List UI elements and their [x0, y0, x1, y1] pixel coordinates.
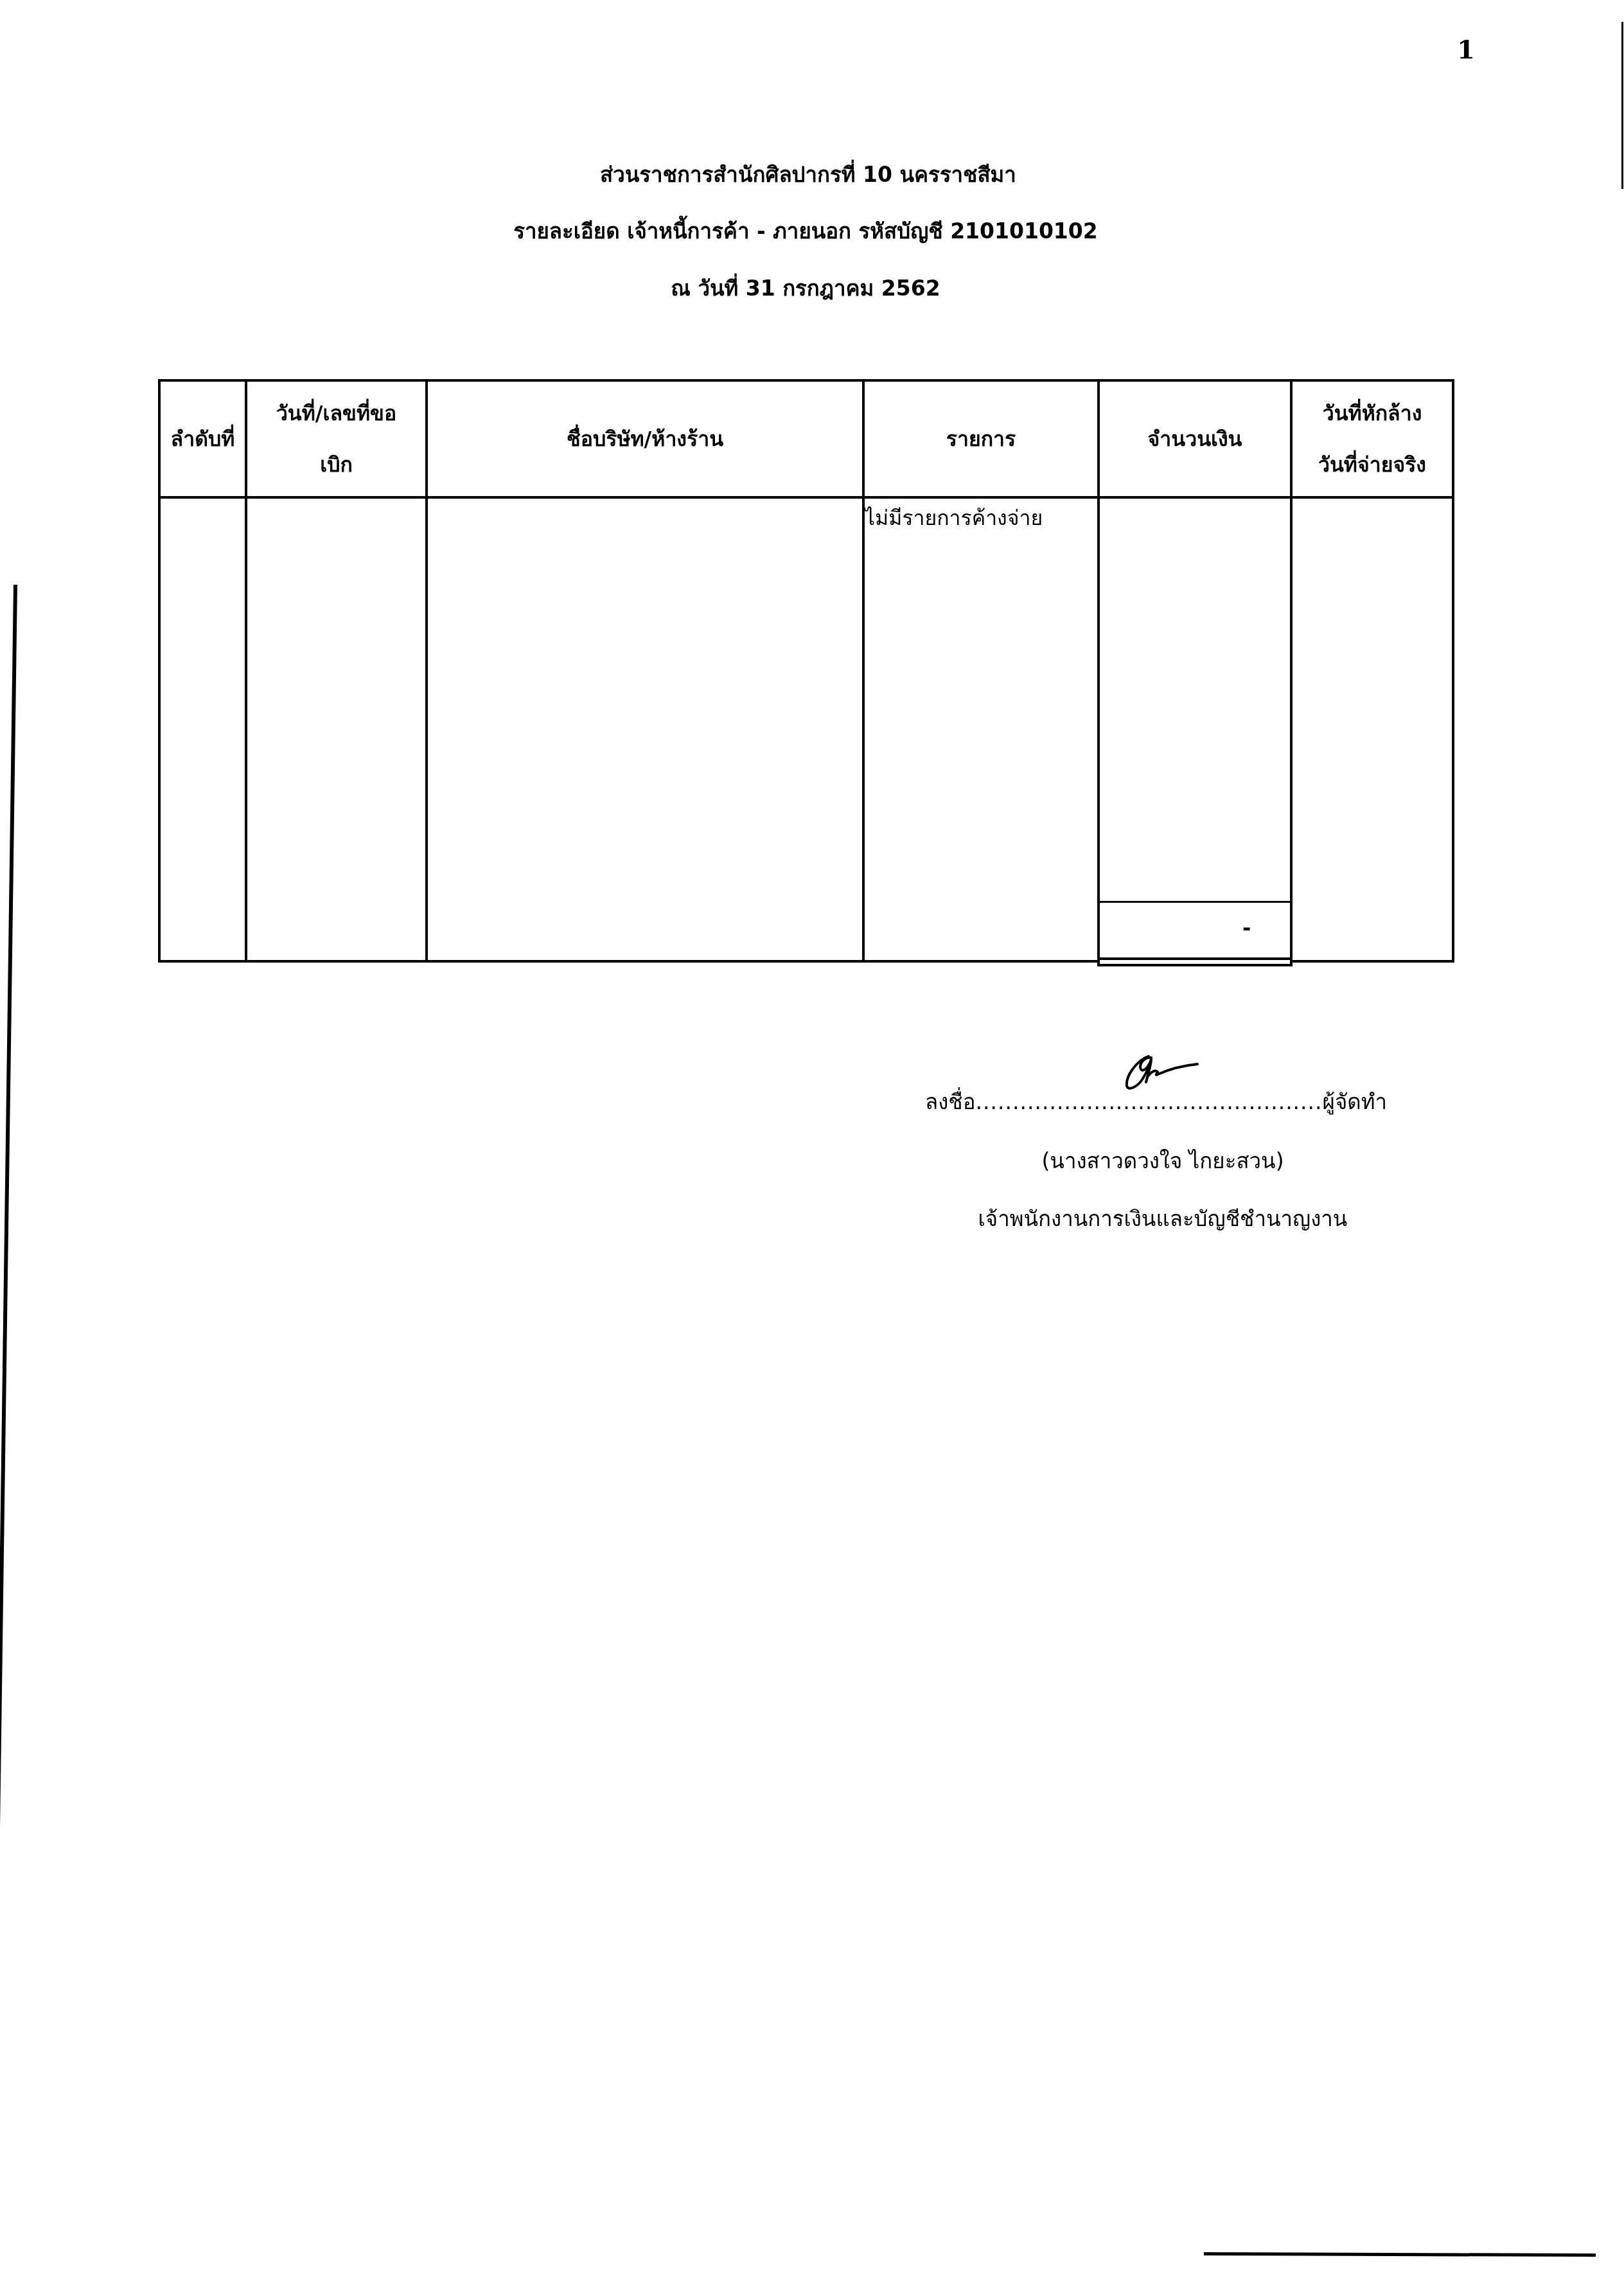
signer-position: เจ้าพนักงานการเงินและบัญชีชำนาญงาน	[925, 1208, 1400, 1229]
header-seq-label: ลำดับที่	[171, 413, 235, 465]
header-clearing-date: วันที่หักล้าง วันที่จ่ายจริง	[1293, 382, 1452, 496]
header-amount-label: จำนวนเงิน	[1148, 413, 1242, 465]
header-date-request-no-line2: เบิก	[320, 439, 353, 490]
page-number: 1	[1457, 37, 1475, 63]
header-amount: จำนวนเงิน	[1100, 382, 1290, 496]
header-description-label: รายการ	[946, 413, 1016, 465]
col-border-6	[1452, 379, 1454, 963]
sign-label: ลงชื่อ	[925, 1089, 976, 1114]
scan-edge-bottom	[1204, 2252, 1596, 2257]
report-date: ณ วันที่ 31 กรกฎาคม 2562	[0, 278, 1618, 299]
header-date-request-no-line1: วันที่/เลขที่ขอ	[276, 387, 396, 439]
header-description: รายการ	[865, 382, 1097, 496]
table-border-bottom-right	[1290, 960, 1454, 963]
scan-edge-left	[0, 585, 17, 2268]
signature-mark-icon	[1118, 1047, 1208, 1092]
total-double-underline-1	[1097, 957, 1293, 960]
agency-title: ส่วนราชการสำนักศิลปากรที่ 10 นครราชสีมา	[0, 164, 1620, 185]
total-double-underline-2	[1097, 964, 1293, 966]
header-clearing-date-line1: วันที่หักล้าง	[1323, 387, 1422, 439]
row-description: ไม่มีรายการค้างจ่าย	[865, 508, 1043, 528]
total-row-top	[1097, 901, 1293, 903]
total-amount: -	[1242, 918, 1251, 938]
table-border-bottom	[158, 960, 1097, 963]
report-title: รายละเอียด เจ้าหนี้การค้า - ภายนอก รหัสบ…	[0, 220, 1618, 242]
signature-dots: ........................................…	[976, 1091, 1323, 1112]
header-clearing-date-line2: วันที่จ่ายจริง	[1318, 439, 1426, 490]
payables-table: ลำดับที่ วันที่/เลขที่ขอ เบิก ชื่อบริษัท…	[158, 379, 1454, 961]
signer-name: (นางสาวดวงใจ ไกยะสวน)	[925, 1150, 1400, 1171]
scan-edge-right	[1621, 22, 1623, 189]
header-divider	[158, 496, 1454, 499]
preparer-label: ผู้จัดทำ	[1323, 1089, 1387, 1114]
header-company: ชื่อบริษัท/ห้างร้าน	[428, 382, 862, 496]
header-date-request-no: วันที่/เลขที่ขอ เบิก	[247, 382, 425, 496]
header-company-label: ชื่อบริษัท/ห้างร้าน	[567, 413, 723, 465]
header-seq: ลำดับที่	[161, 382, 245, 496]
signature-line: ลงชื่อ..................................…	[925, 1091, 1400, 1112]
